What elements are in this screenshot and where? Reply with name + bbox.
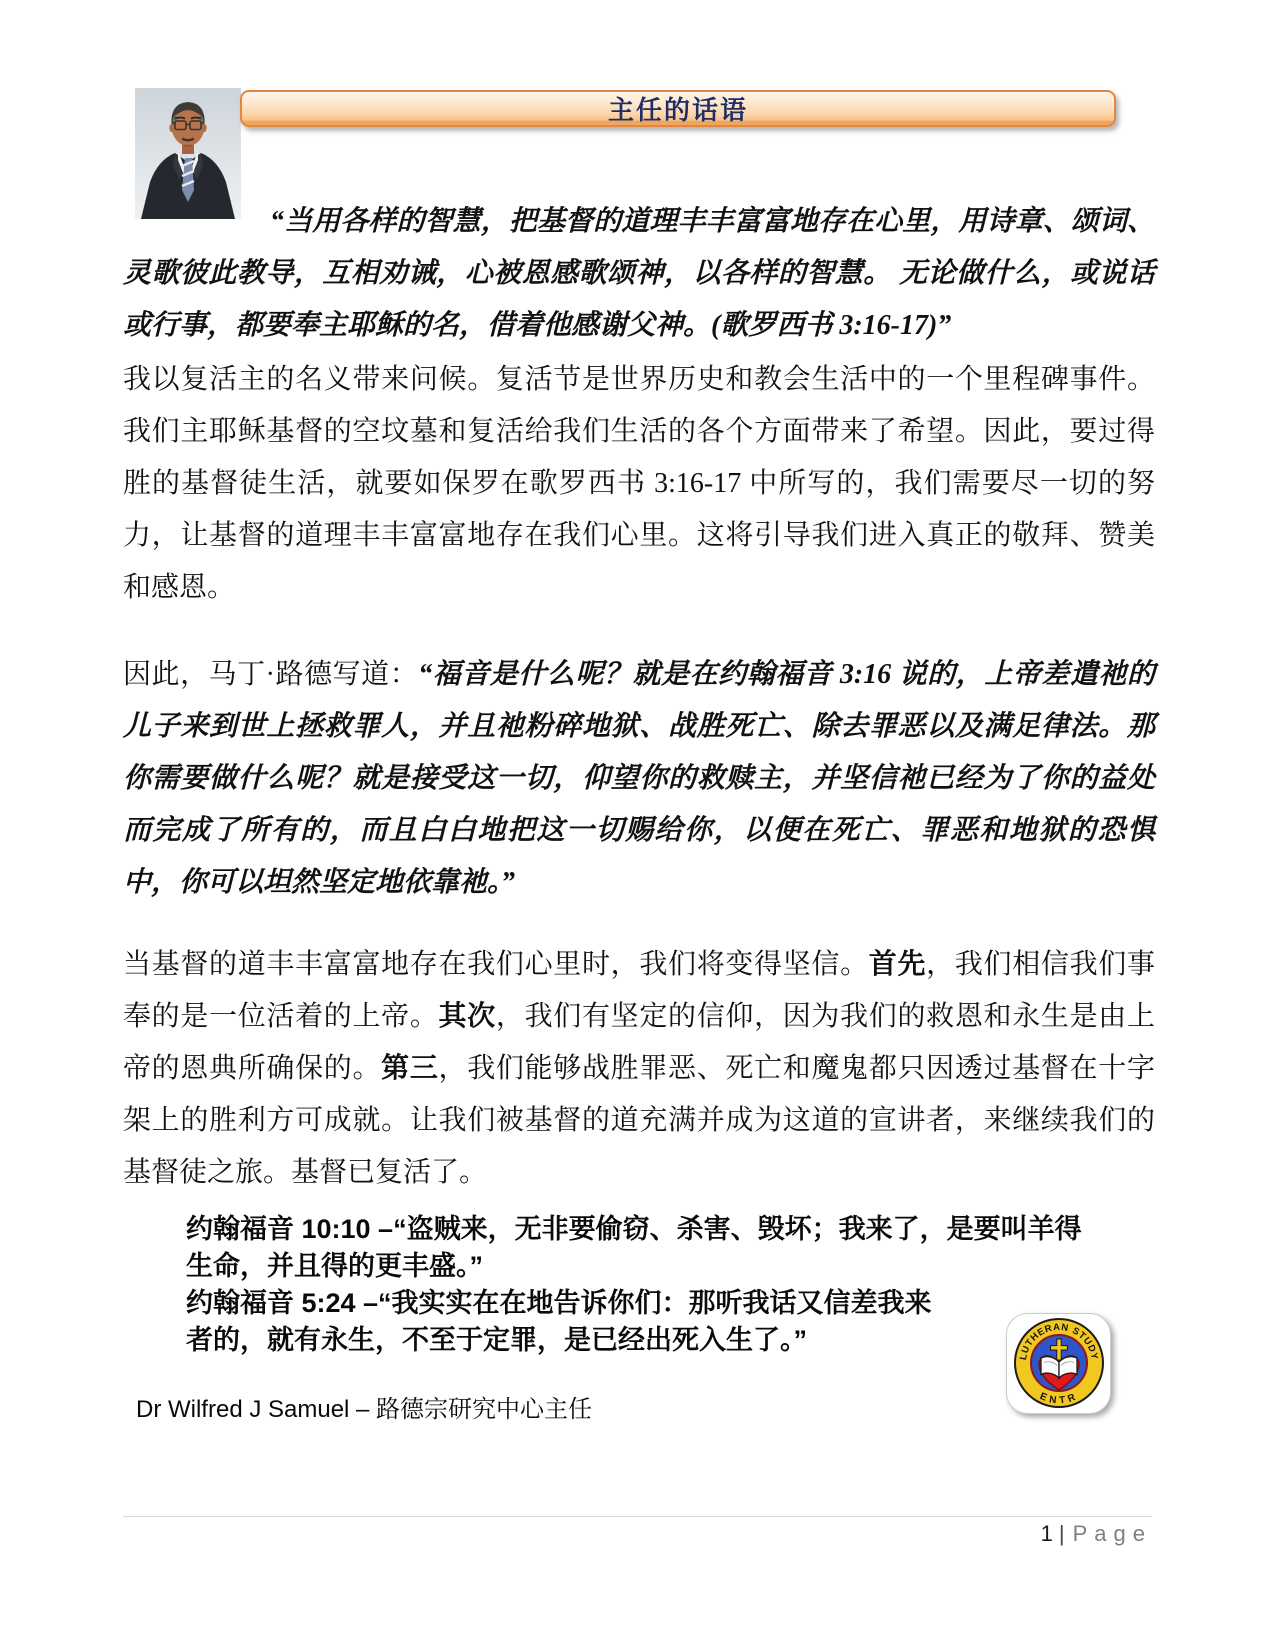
footer-page-label: Page — [1073, 1521, 1152, 1546]
verse-line: 生命，并且得的更丰盛。” — [186, 1248, 1086, 1285]
verse-line: 约翰福音 10:10 –“盗贼来，无非要偷窃、杀害、毁坏；我来了，是要叫羊得 — [186, 1211, 1086, 1248]
ear — [202, 124, 207, 132]
footer-separator: | — [1059, 1521, 1065, 1546]
verse-line: 者的，就有永生，不至于定罪，是已经出死入生了。” — [186, 1322, 1086, 1359]
luther-quote-text: “福音是什么呢？就是在约翰福音 3:16 说的，上帝差遣祂的儿子来到世上拯救罪人… — [123, 659, 1155, 898]
verse-line: 约翰福音 5:24 –“我实实在在地告诉你们：那听我话又信差我来 — [186, 1285, 1086, 1322]
page-footer: 1|Page — [123, 1521, 1152, 1547]
bible-verses-block: 约翰福音 10:10 –“盗贼来，无非要偷窃、杀害、毁坏；我来了，是要叫羊得 生… — [186, 1211, 1086, 1359]
application-run-bold: 其次 — [439, 1001, 496, 1032]
application-run-bold: 第三 — [381, 1053, 438, 1084]
page-number: 1 — [1041, 1521, 1053, 1546]
page-title: 主任的话语 — [608, 90, 748, 127]
lutheran-study-centre-logo: LUTHERAN STUDY CENTRE — [1005, 1312, 1113, 1416]
luther-quote-paragraph: 因此，马丁·路德写道：“福音是什么呢？就是在约翰福音 3:16 说的，上帝差遣祂… — [123, 649, 1155, 909]
signature-line: Dr Wilfred J Samuel – 路德宗研究中心主任 — [136, 1389, 592, 1424]
application-run-bold: 首先 — [869, 949, 926, 980]
application-paragraph: 当基督的道丰丰富富地存在我们心里时，我们将变得坚信。首先，我们相信我们事奉的是一… — [123, 939, 1155, 1199]
luther-intro-text: 因此，马丁·路德写道： — [123, 659, 418, 690]
mouth — [185, 145, 192, 146]
section-title-banner: 主任的话语 — [240, 90, 1116, 127]
colossians-quote-paragraph: “当用各样的智慧，把基督的道理丰丰富富地存在心里，用诗章、颂词、灵歌彼此教导，互… — [123, 196, 1155, 352]
document-page: 主任的话语 “当用各样的智慧，把基督的道理丰丰富富地存在心里，用诗章、颂词、灵歌… — [0, 0, 1275, 1650]
application-run: 当基督的道丰丰富富地存在我们心里时，我们将变得坚信。 — [123, 949, 869, 980]
footer-divider — [123, 1516, 1152, 1517]
ear — [169, 124, 174, 132]
lutheran-study-centre-emblem-icon: LUTHERAN STUDY CENTRE — [1005, 1312, 1113, 1416]
greeting-paragraph: 我以复活主的名义带来问候。复活节是世界历史和教会生活中的一个里程碑事件。我们主耶… — [123, 354, 1155, 614]
